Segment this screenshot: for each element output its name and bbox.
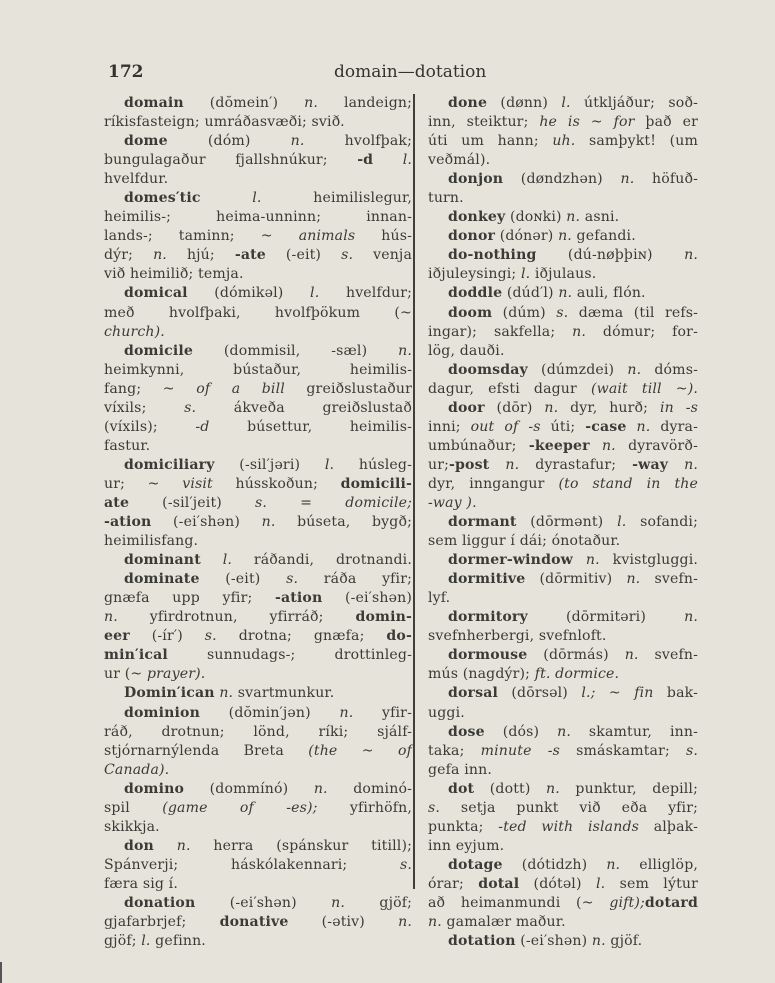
headword: domiciliary [124, 457, 215, 473]
headword: doddle [448, 285, 502, 301]
italic-text: n. [505, 457, 519, 473]
entry-line: uggi. [428, 704, 698, 723]
italic-text: l. [561, 95, 570, 111]
entry-line: bungulagaður fjallshnúkur; -d l. [104, 151, 412, 170]
italic-text: n. [304, 95, 318, 111]
entry-line: Canada). [104, 761, 412, 780]
entry-line: inni; out of -s úti; -case n. dyra- [428, 418, 698, 437]
definition-text [489, 457, 505, 473]
entry-line: víxils; s. ákveða greiðslustað [104, 399, 412, 418]
definition-text [573, 552, 586, 568]
headword: dormitory [448, 609, 528, 625]
definition-text: ur; [428, 457, 449, 473]
entry-line: mús (nagdýr); ft. dormice. [428, 665, 698, 684]
italic-text: n. [572, 324, 586, 340]
headword: domino [124, 781, 184, 797]
definition-text [626, 419, 636, 435]
italic-text: l. [325, 457, 334, 473]
headword: dotation [448, 933, 516, 949]
definition-text: (dú-nøþþiɴ) [536, 247, 684, 263]
entry-line: do-nothing (dú-nøþþiɴ) n. [428, 246, 698, 265]
headword: domical [124, 285, 188, 301]
definition-text: órar; [428, 876, 478, 892]
definition-text: það er [635, 114, 698, 130]
entry-line: dose (dós) n. skamtur, inn- [428, 723, 698, 742]
entry-line: svefnherbergi, svefnloft. [428, 627, 698, 646]
definition-text: gjafarbrjef; [104, 914, 220, 930]
italic-text: l. [403, 152, 412, 168]
headword: -way [632, 457, 668, 473]
italic-text: n. [546, 781, 560, 797]
definition-text: víxils; [104, 400, 184, 416]
definition-text: (-ei′shən) [195, 895, 331, 911]
italic-text: n. [684, 247, 698, 263]
entry-line: Spánverji; háskólakennari; s. [104, 856, 412, 875]
definition-text: yfirhöfn, [318, 800, 412, 816]
definition-text: gefa inn. [428, 762, 492, 778]
headword: donation [124, 895, 195, 911]
entry-line: dominate (-eit) s. ráða yfir; [104, 570, 412, 589]
definition-text: dyr, inngangur [428, 476, 559, 492]
definition-text: smáskamtar; [560, 743, 686, 759]
headword: min′ical [104, 647, 168, 663]
headword: -ate [235, 247, 266, 263]
italic-text: n. [331, 895, 345, 911]
entry-line: fastur. [104, 437, 412, 456]
italic-text: gift); [609, 895, 645, 911]
definition-text: dyravörð- [616, 438, 698, 454]
definition-text: inn, steiktur; [428, 114, 539, 130]
definition-text: hvolfþak; [305, 133, 412, 149]
italic-text: s. [341, 247, 353, 263]
definition-text: gefinn. [151, 933, 206, 949]
entry-line: færa sig í. [104, 875, 412, 894]
definition-text: skamtur, inn- [571, 724, 698, 740]
italic-text: s. [286, 571, 298, 587]
italic-text: n. [625, 647, 639, 663]
entry-line: skikkja. [104, 818, 412, 837]
entry-line: veðmál). [428, 151, 698, 170]
headword: dotage [448, 857, 503, 873]
italic-text: (the ~ of [308, 743, 412, 759]
headword: do- [386, 628, 412, 644]
definition-text: gefandi. [572, 228, 636, 244]
italic-text: n. [544, 400, 558, 416]
definition-text: iðjuleysingi; [428, 266, 521, 282]
definition-text: gnæfa upp yfir; [104, 590, 275, 606]
definition-text: ur (~ [104, 666, 147, 682]
definition-text: (dŏmin′jən) [200, 705, 340, 721]
entry-line: við heimilið; temja. [104, 265, 412, 284]
entry-line: heimilis-; heima-unninn; innan- [104, 208, 412, 227]
entry-line: church). [104, 323, 412, 342]
entry-line: taka; minute -s smáskamtar; s. [428, 742, 698, 761]
definition-text: dóms- [641, 362, 698, 378]
definition-text: bak- [654, 685, 698, 701]
entry-line: dotage (dótidzh) n. elliglöp, [428, 856, 698, 875]
italic-text: n. [291, 133, 305, 149]
definition-text: (dommínó) [184, 781, 314, 797]
definition-text: (dónər) [495, 228, 558, 244]
definition-text: ráð, drotnun; lönd, ríki; sjálf- [104, 724, 412, 740]
definition-text: greiðslustaður [285, 381, 412, 397]
entry-line: ur; ~ visit hússkoðun; domicili- [104, 475, 412, 494]
italic-text: n. [339, 705, 353, 721]
right-column: done (dønn) l. útkljáður; soð-inn, steik… [428, 94, 698, 951]
definition-text: (dŏmein′) [184, 95, 304, 111]
entry-line: með hvolfþaki, hvolfþökum (~ [104, 304, 412, 323]
definition-text: inni; [428, 419, 471, 435]
entry-line: órar; dotal (dótəl) l. sem lýtur [428, 875, 698, 894]
entry-line: iðjuleysingi; l. iðjulaus. [428, 265, 698, 284]
entry-line: dormant (dōrmənt) l. sofandi; [428, 513, 698, 532]
entry-line: inn, steiktur; he is ~ for það er [428, 113, 698, 132]
entry-line: heimilisfang. [104, 532, 412, 551]
entry-line: spil (game of -es); yfirhöfn, [104, 799, 412, 818]
entry-line: sem liggur í dái; ónotaður. [428, 532, 698, 551]
italic-text: n. [684, 609, 698, 625]
definition-text: búseta, bygð; [276, 514, 412, 530]
entry-line: inn eyjum. [428, 837, 698, 856]
definition-text: (dótidzh) [503, 857, 607, 873]
definition-text: útkljáður; soð- [571, 95, 698, 111]
headword: Domin′ican [124, 685, 215, 701]
italic-text: -d [195, 419, 209, 435]
entry-line: dome (dóm) n. hvolfþak; [104, 132, 412, 151]
definition-text: (dōrmitəri) [528, 609, 684, 625]
entry-line: fang; ~ of a bill greiðslustaður [104, 380, 412, 399]
definition-text: með hvolfþaki, hvolfþökum (~ [104, 305, 412, 321]
headword: don [124, 838, 154, 854]
definition-text: (dommisil, -sæl) [193, 343, 398, 359]
definition-text: gjöf. [606, 933, 642, 949]
definition-text: Spánverji; háskólakennari; [104, 857, 400, 873]
definition-text: lyf. [428, 590, 450, 606]
entry-line: umbúnaður; -keeper n. dyravörð- [428, 437, 698, 456]
entry-line: dotation (-ei′shən) n. gjöf. [428, 932, 698, 951]
definition-text: hússkoðun; [213, 476, 341, 492]
definition-text [668, 457, 684, 473]
definition-text: dominó- [328, 781, 412, 797]
definition-text: (-eit) [200, 571, 287, 587]
definition-text: (-eit) [266, 247, 341, 263]
headword: dot [448, 781, 474, 797]
definition-text: taka; [428, 743, 481, 759]
italic-text: n. [626, 571, 640, 587]
headword: dotal [478, 876, 519, 892]
italic-text: s. [556, 305, 568, 321]
italic-text: visit [182, 476, 213, 492]
definition-text: yfirdrotnun, yfirráð; [118, 609, 356, 625]
entry-line: að heimanmundi (~ gift);dotard [428, 894, 698, 913]
definition-text: (dúd′l) [502, 285, 558, 301]
definition-text: heimilislegur, [262, 190, 412, 206]
definition-text: setja punkt við eða yfir; [440, 800, 698, 816]
entry-line: donor (dónər) n. gefandi. [428, 227, 698, 246]
definition-text: venja [353, 247, 412, 263]
italic-text: animals [299, 228, 356, 244]
headword: dome [124, 133, 168, 149]
dictionary-page: 172 domain—dotation domain (dŏmein′) n. … [0, 0, 775, 983]
italic-text: (game of -es); [162, 800, 317, 816]
definition-text: dyr, hurð; [558, 400, 660, 416]
entry-line: gefa inn. [428, 761, 698, 780]
definition-text: ur; ~ [104, 476, 182, 492]
italic-text: l. [223, 552, 232, 568]
italic-text: n. [398, 343, 412, 359]
headword: donative [220, 914, 289, 930]
definition-text: stjórnarnýlenda Breta [104, 743, 308, 759]
headword: -case [585, 419, 626, 435]
entry-line: don n. herra (spánskur titill); [104, 837, 412, 856]
headword: ate [104, 495, 129, 511]
definition-text: = [267, 495, 345, 511]
definition-text: bungulagaður fjallshnúkur; [104, 152, 357, 168]
italic-text: of a bill [196, 381, 285, 397]
definition-text: (dōrmás) [527, 647, 624, 663]
definition-text: drotna; gnæfa; [217, 628, 387, 644]
italic-text: in -s [660, 400, 698, 416]
definition-text: sofandi; [626, 514, 698, 530]
definition-text: höfuð- [634, 171, 698, 187]
definition-text: heimilisfang. [104, 533, 198, 549]
definition-text: (dønn) [487, 95, 561, 111]
definition-text: hús- [355, 228, 412, 244]
definition-text: (víxils); [104, 419, 195, 435]
definition-text: ákveða greiðslustað [196, 400, 412, 416]
italic-text: -ted with islands [498, 819, 639, 835]
italic-text: n. [262, 514, 276, 530]
italic-text: Canada). [104, 762, 169, 778]
headword: doomsday [448, 362, 528, 378]
italic-text: n. [219, 685, 233, 701]
entry-line: -ation (-ei′shən) n. búseta, bygð; [104, 513, 412, 532]
definition-text [373, 152, 402, 168]
entry-line: ráð, drotnun; lönd, ríki; sjálf- [104, 723, 412, 742]
definition-text: (-ei′shən) [322, 590, 412, 606]
entry-line: door (dōr) n. dyr, hurð; in -s [428, 399, 698, 418]
headword: -post [449, 457, 489, 473]
italic-text: n. [586, 552, 600, 568]
definition-text: hjú; [167, 247, 235, 263]
definition-text: dyra- [650, 419, 698, 435]
headword: dormouse [448, 647, 527, 663]
italic-text: domicile; [345, 495, 412, 511]
entry-line: gnæfa upp yfir; -ation (-ei′shən) [104, 589, 412, 608]
definition-text: sem lýtur [605, 876, 698, 892]
italic-text: n. [177, 838, 191, 854]
headword: dominant [124, 552, 201, 568]
headword: dormitive [448, 571, 525, 587]
column-divider [413, 94, 415, 889]
headword: domain [124, 95, 184, 111]
italic-text: minute -s [481, 743, 560, 759]
italic-text: uh. [552, 133, 575, 149]
entry-line: heimkynni, bústaður, heimilis- [104, 361, 412, 380]
definition-text: inn eyjum. [428, 838, 504, 854]
headword: dormant [448, 514, 517, 530]
italic-text: -way ). [428, 495, 477, 511]
entry-line: eer (-ír′) s. drotna; gnæfa; do- [104, 627, 412, 646]
italic-text: l. [521, 266, 530, 282]
definition-text: (dōr) [485, 400, 545, 416]
entry-line: n. gamalær maður. [428, 913, 698, 932]
entry-line: doom (dúm) s. dæma (til refs- [428, 304, 698, 323]
definition-text: spil [104, 800, 162, 816]
definition-text: (-ətiv) [288, 914, 398, 930]
italic-text: ft. dormice. [535, 666, 619, 682]
entry-line: dyr, inngangur (to stand in the [428, 475, 698, 494]
definition-text: að heimanmundi (~ [428, 895, 609, 911]
scan-edge-mark [0, 962, 2, 983]
italic-text: church). [104, 324, 165, 340]
definition-text: samþykt! (um [575, 133, 698, 149]
italic-text: n. [104, 609, 118, 625]
definition-text: úti um hann; [428, 133, 552, 149]
definition-text: sunnudags-; drottinleg- [168, 647, 412, 663]
definition-text: færa sig í. [104, 876, 178, 892]
entry-line: ríkisfasteign; umráðasvæði; svið. [104, 113, 412, 132]
running-head: domain—dotation [334, 62, 486, 82]
definition-text: fang; ~ [104, 381, 196, 397]
definition-text [201, 190, 253, 206]
italic-text: n. [684, 457, 698, 473]
definition-text: alþak- [639, 819, 698, 835]
entry-line: ur;-post n. dyrastafur; -way n. [428, 456, 698, 475]
headword: do-nothing [448, 247, 536, 263]
definition-text: ráða yfir; [298, 571, 412, 587]
italic-text: n. [558, 228, 572, 244]
italic-text: (wait till ~). [591, 381, 698, 397]
headword: doom [448, 305, 492, 321]
definition-text: (dóm) [168, 133, 291, 149]
left-column: domain (dŏmein′) n. landeign;ríkisfastei… [104, 94, 412, 951]
italic-text: l. [617, 514, 626, 530]
headword: dotard [645, 895, 698, 911]
headword: -ation [275, 590, 322, 606]
entry-line: hvelfdur. [104, 170, 412, 189]
entry-line: donation (-ei′shən) n. gjöf; [104, 894, 412, 913]
definition-text [154, 838, 177, 854]
definition-text: dæma (til refs- [568, 305, 698, 321]
entry-line: ingar); sakfella; n. dómur; for- [428, 323, 698, 342]
italic-text: l. [252, 190, 261, 206]
entry-line: doomsday (dúmzdei) n. dóms- [428, 361, 698, 380]
definition-text: svefnherbergi, svefnloft. [428, 628, 607, 644]
headword: dormer-window [448, 552, 573, 568]
italic-text: s. [428, 800, 440, 816]
definition-text: turn. [428, 190, 464, 206]
definition-text: yfir- [353, 705, 412, 721]
entry-line: donjon (døndzhən) n. höfuð- [428, 170, 698, 189]
definition-text: heimilis-; heima-unninn; innan- [104, 209, 412, 225]
definition-text: dagur, efsti dagur [428, 381, 591, 397]
definition-text: (-ei′shən) [516, 933, 592, 949]
headword: donor [448, 228, 495, 244]
entry-line: turn. [428, 189, 698, 208]
italic-text: n. [153, 247, 167, 263]
italic-text: s. [205, 628, 217, 644]
entry-line: stjórnarnýlenda Breta (the ~ of [104, 742, 412, 761]
definition-text: fastur. [104, 438, 150, 454]
definition-text: auli, flón. [572, 285, 646, 301]
entry-line: dormitive (dōrmitiv) n. svefn- [428, 570, 698, 589]
definition-text: (dōrmitiv) [525, 571, 626, 587]
italic-text: out of -s [471, 419, 541, 435]
entry-line: dormitory (dōrmitəri) n. [428, 608, 698, 627]
entry-line: gjafarbrjef; donative (-ətiv) n. [104, 913, 412, 932]
italic-text: n. [602, 438, 616, 454]
headword: domes′tic [124, 190, 201, 206]
entry-line: dormouse (dōrmás) n. svefn- [428, 646, 698, 665]
definition-text: (dōrsəl) [498, 685, 581, 701]
headword: donkey [448, 209, 505, 225]
italic-text: he is ~ for [539, 114, 634, 130]
headword: domicili- [341, 476, 412, 492]
page-number: 172 [108, 62, 144, 82]
definition-text: (døndzhən) [503, 171, 620, 187]
entry-line: dormer-window n. kvistgluggi. [428, 551, 698, 570]
entry-line: dagur, efsti dagur (wait till ~). [428, 380, 698, 399]
definition-text: (dúm) [492, 305, 556, 321]
definition-text: heimkynni, bústaður, heimilis- [104, 362, 412, 378]
entry-line: -way ). [428, 494, 698, 513]
definition-text: sem liggur í dái; ónotaður. [428, 533, 620, 549]
entry-line: dýr; n. hjú; -ate (-eit) s. venja [104, 246, 412, 265]
definition-text: landeign; [318, 95, 412, 111]
headword: donjon [448, 171, 503, 187]
italic-text: l.; ~ fin [581, 685, 653, 701]
headword: dose [448, 724, 485, 740]
definition-text: herra (spánskur titill); [191, 838, 412, 854]
entry-line: lög, dauði. [428, 342, 698, 361]
definition-text: dómur; for- [586, 324, 698, 340]
entry-line: domain (dŏmein′) n. landeign; [104, 94, 412, 113]
entry-line: úti um hann; uh. samþykt! (um [428, 132, 698, 151]
definition-text: (dómikəl) [188, 285, 310, 301]
definition-text [201, 552, 223, 568]
entry-line: Domin′ican n. svartmunkur. [104, 684, 412, 703]
entry-line: min′ical sunnudags-; drottinleg- [104, 646, 412, 665]
entry-line: domicile (dommisil, -sæl) n. [104, 342, 412, 361]
definition-text: (doɴki) [505, 209, 566, 225]
definition-text: (-sil′jəri) [215, 457, 325, 473]
definition-text: dýr; [104, 247, 153, 263]
italic-text: n. [314, 781, 328, 797]
definition-text: svartmunkur. [233, 685, 334, 701]
definition-text: asni. [580, 209, 619, 225]
headword: domicile [124, 343, 193, 359]
entry-line: dominant l. ráðandi, drotnandi. [104, 551, 412, 570]
definition-text: við heimilið; temja. [104, 266, 244, 282]
headword: domin- [355, 609, 412, 625]
definition-text: svefn- [639, 647, 698, 663]
italic-text: n. [557, 724, 571, 740]
italic-text: n. [558, 285, 572, 301]
italic-text: l. [141, 933, 150, 949]
definition-text: (dott) [474, 781, 546, 797]
definition-text: (-ei′shən) [151, 514, 261, 530]
entry-line: n. yfirdrotnun, yfirráð; domin- [104, 608, 412, 627]
italic-text: n. [637, 419, 651, 435]
definition-text: umbúnaður; [428, 438, 529, 454]
headword: -ation [104, 514, 151, 530]
italic-text: l. [310, 285, 319, 301]
entry-line: (víxils); -d búsettur, heimilis- [104, 418, 412, 437]
definition-text: gjöf; [345, 895, 412, 911]
entry-line: domino (dommínó) n. dominó- [104, 780, 412, 799]
definition-text: úti; [541, 419, 586, 435]
